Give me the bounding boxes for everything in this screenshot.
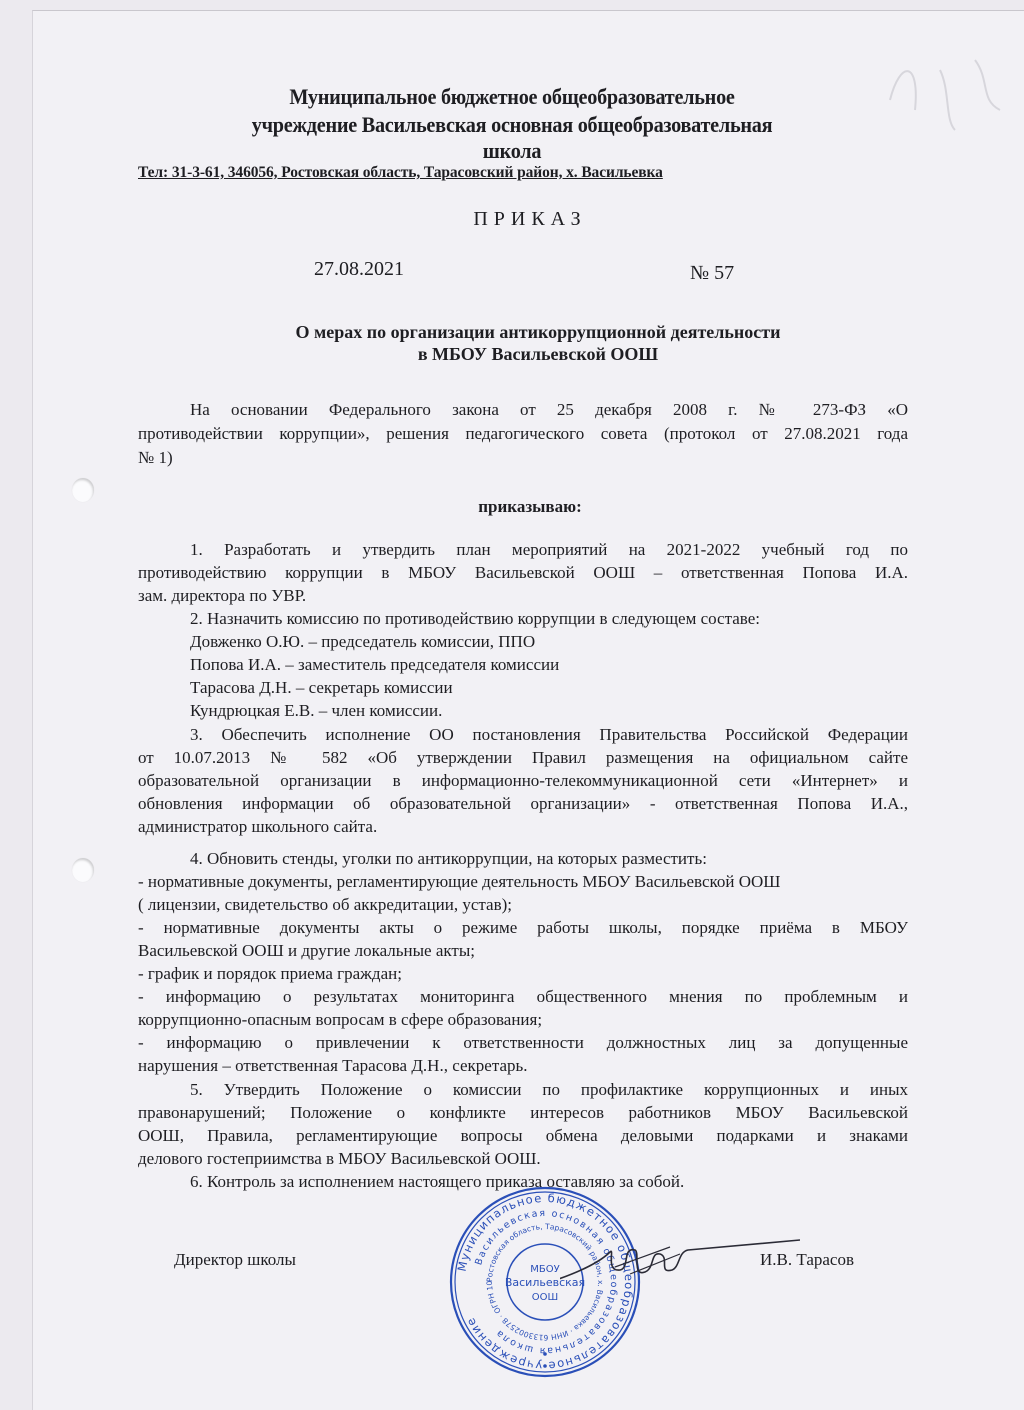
item4-line: ( лицензии, свидетельство об аккредитаци… <box>138 895 512 915</box>
subject-line1: О мерах по организации антикоррупционной… <box>0 322 1024 343</box>
org-name-line3: школа <box>41 138 983 164</box>
commission-member: Попова И.А. – заместитель председателя к… <box>190 655 559 675</box>
item1-line: противодействию коррупции в МБОУ Василье… <box>138 563 908 583</box>
item4-line: - нормативные документы акты о режиме ра… <box>138 918 908 938</box>
org-address: Тел: 31-3-61, 346056, Ростовская область… <box>138 164 663 182</box>
stamp-center-line: МБОУ <box>530 1264 559 1275</box>
org-name-line1: Муниципальное бюджетное общеобразователь… <box>41 84 983 110</box>
item4-line: коррупционно-опасным вопросам в сфере об… <box>138 1010 542 1030</box>
order-word: приказываю: <box>0 497 1024 517</box>
punch-hole <box>72 858 94 882</box>
document-date: 27.08.2021 <box>314 258 404 281</box>
document-title: ПРИКАЗ <box>0 208 1024 231</box>
item3-line: 3. Обеспечить исполнение ОО постановлени… <box>138 725 908 745</box>
commission-member: Довженко О.Ю. – председатель комиссии, П… <box>190 632 535 652</box>
item4-line: 4. Обновить стенды, уголки по антикорруп… <box>190 849 707 869</box>
stamp-center-line: ООШ <box>532 1292 558 1303</box>
item4-line: нарушения – ответственная Тарасова Д.Н.,… <box>138 1056 528 1076</box>
item5-line: 5. Утвердить Положение о комиссии по про… <box>138 1080 908 1100</box>
item4-line: Васильевской ООШ и другие локальные акты… <box>138 941 475 961</box>
item5-line: делового гостеприимства в МБОУ Васильевс… <box>138 1149 541 1169</box>
item5-line: правонарушений; Положение о конфликте ин… <box>138 1103 908 1123</box>
item4-line: - график и порядок приема граждан; <box>138 964 402 984</box>
item1-line: 1. Разработать и утвердить план мероприя… <box>138 540 908 560</box>
handwritten-signature-icon <box>560 1232 800 1292</box>
item4-line: - информацию о привлечении к ответственн… <box>138 1033 908 1053</box>
item4-line: - информацию о результатах мониторинга о… <box>138 987 908 1007</box>
subject-line2: в МБОУ Васильевской ООШ <box>0 344 1024 365</box>
item5-line: ООШ, Правила, регламентирующие вопросы о… <box>138 1126 908 1146</box>
preamble-line: противодействии коррупции», решения педа… <box>138 424 908 444</box>
document-number: № 57 <box>690 262 734 285</box>
item4-line: - нормативные документы, регламентирующи… <box>138 872 780 892</box>
item3-line: образовательной организации в информацио… <box>138 771 908 791</box>
item1-line: зам. директора по УВР. <box>138 586 306 606</box>
org-name-line2: учреждение Васильевская основная общеобр… <box>41 112 983 138</box>
preamble-line: На основании Федерального закона от 25 д… <box>138 400 908 420</box>
item2-line: 2. Назначить комиссию по противодействию… <box>190 609 760 629</box>
item3-line: администратор школьного сайта. <box>138 817 377 837</box>
commission-member: Тарасова Д.Н. – секретарь комиссии <box>190 678 453 698</box>
commission-member: Кундрюцкая Е.В. – член комиссии. <box>190 701 442 721</box>
item3-line: от 10.07.2013 № 582 «Об утверждении Прав… <box>138 748 908 768</box>
item3-line: обновления информации об образовательной… <box>138 794 908 814</box>
signatory-position: Директор школы <box>174 1250 296 1270</box>
preamble-line: № 1) <box>138 448 173 468</box>
